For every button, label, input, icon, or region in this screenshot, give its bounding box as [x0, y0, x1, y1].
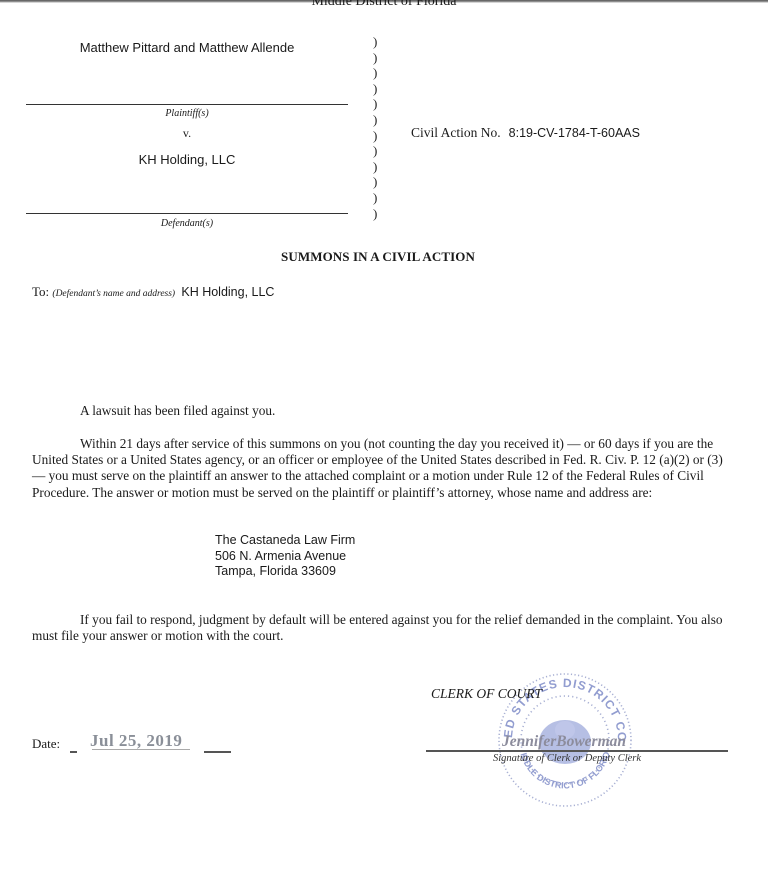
to-hint: (Defendant’s name and address): [52, 289, 175, 299]
date-underline-right: [204, 751, 231, 753]
caption-paren-column: )))))))))))): [373, 34, 383, 221]
paragraph-response-deadline: Within 21 days after service of this sum…: [32, 436, 732, 501]
civil-action-number: 8:19-CV-1784-T-60AAS: [509, 126, 640, 140]
plaintiff-rule: [26, 104, 348, 105]
signature-caption: Signature of Clerk or Deputy Clerk: [493, 753, 641, 764]
caption-paren: ): [373, 96, 383, 112]
caption-paren: ): [373, 112, 383, 128]
caption-paren: ): [373, 159, 383, 175]
plaintiffs-name: Matthew Pittard and Matthew Allende: [26, 40, 348, 55]
caption-paren: ): [373, 143, 383, 159]
date-label: Date:: [32, 736, 60, 752]
date-value: Jul 25, 2019: [90, 731, 182, 751]
attorney-street: 506 N. Armenia Avenue: [215, 549, 355, 565]
paragraph-default-warning: If you fail to respond, judgment by defa…: [32, 612, 732, 644]
clerk-of-court-label: CLERK OF COURT: [431, 686, 542, 702]
clerk-signature: JenniferBowerman: [502, 733, 626, 751]
defendant-rule: [26, 213, 348, 214]
caption-paren: ): [373, 50, 383, 66]
attorney-address: The Castaneda Law Firm 506 N. Armenia Av…: [215, 533, 355, 580]
defendant-name: KH Holding, LLC: [26, 152, 348, 167]
caption-paren: ): [373, 206, 383, 222]
to-label: To:: [32, 284, 49, 299]
document-title: SUMMONS IN A CIVIL ACTION: [0, 249, 756, 265]
caption-paren: ): [373, 81, 383, 97]
caption-paren: ): [373, 128, 383, 144]
caption-paren: ): [373, 65, 383, 81]
caption-paren: ): [373, 34, 383, 50]
attorney-city: Tampa, Florida 33609: [215, 564, 355, 580]
to-defendant: KH Holding, LLC: [181, 285, 274, 299]
defendant-label: Defendant(s): [26, 218, 348, 229]
attorney-firm: The Castaneda Law Firm: [215, 533, 355, 549]
civil-action-line: Civil Action No. 8:19-CV-1784-T-60AAS: [411, 124, 640, 142]
date-underline-left: [70, 751, 77, 753]
to-line: To: (Defendant’s name and address) KH Ho…: [32, 284, 274, 300]
paragraph-lawsuit-filed: A lawsuit has been filed against you.: [32, 403, 732, 419]
caption-paren: ): [373, 174, 383, 190]
versus-label: v.: [26, 126, 348, 141]
court-district: Middle District of Florida: [0, 0, 768, 10]
plaintiffs-label: Plaintiff(s): [26, 108, 348, 119]
caption-paren: ): [373, 190, 383, 206]
civil-action-label: Civil Action No.: [411, 125, 501, 140]
